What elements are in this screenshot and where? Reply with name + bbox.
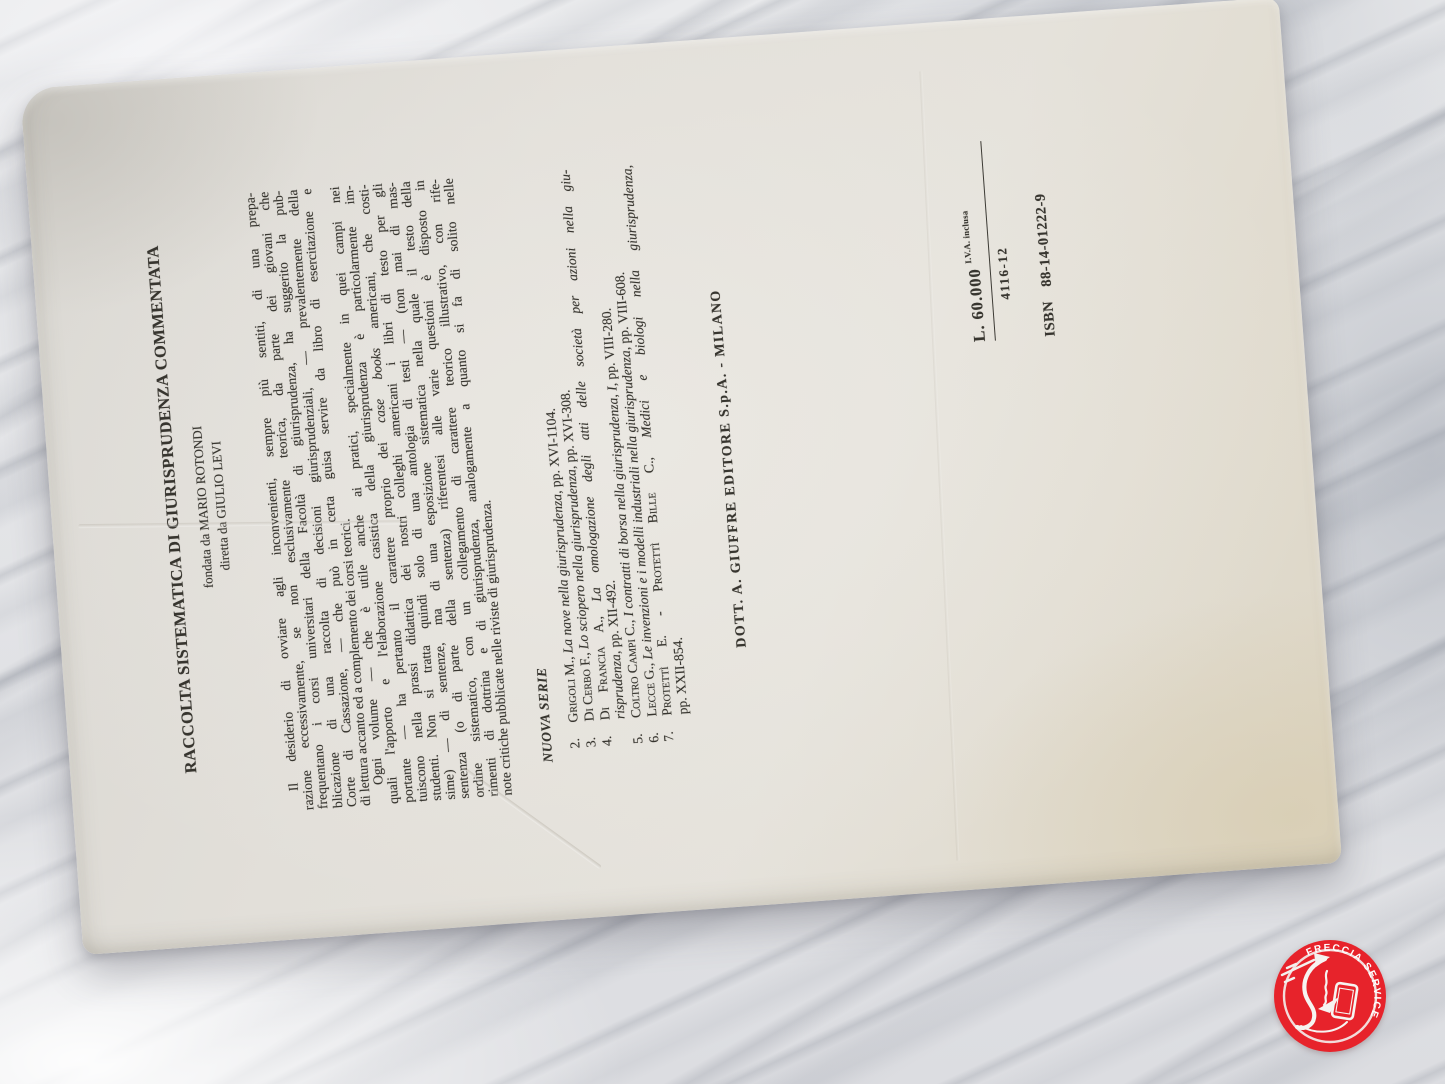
- item-number: 4.: [598, 726, 615, 747]
- text-segment: [589, 601, 605, 617]
- watermark-logo: FRECCIA SERVICE: [1272, 938, 1388, 1054]
- isbn-line: ISBN 88-14-01222-9: [1028, 136, 1060, 337]
- series-list: 2.Grigoli M., La nave nella giurispruden…: [526, 163, 694, 749]
- item-number: 5.: [629, 723, 646, 744]
- item-number: 3.: [582, 727, 599, 748]
- publisher-line: DOTT. A. GIUFFRE EDITORE S.p.A. - MILANO: [699, 159, 760, 779]
- item-number: 7.: [660, 721, 677, 742]
- price-block: L. 60.000I.V.A. inclusa 4116-12 ISBN 88-…: [954, 136, 1059, 342]
- page-content: RACCOLTA SISTEMATICA DI GIURISPRUDENZA C…: [25, 0, 1337, 947]
- intro-paragraphs: Il desiderio di ovviare agli inconvenien…: [243, 177, 515, 812]
- text-segment: [640, 437, 656, 458]
- item-number: 6.: [645, 722, 662, 743]
- price-amount: L. 60.000: [964, 268, 988, 343]
- vat-note: I.V.A. inclusa: [959, 210, 973, 264]
- item-number: 2.: [566, 728, 583, 749]
- book-page: RACCOLTA SISTEMATICA DI GIURISPRUDENZA C…: [20, 0, 1342, 955]
- logo-circle: [1274, 940, 1386, 1052]
- photo-background: RACCOLTA SISTEMATICA DI GIURISPRUDENZA C…: [0, 0, 1445, 1084]
